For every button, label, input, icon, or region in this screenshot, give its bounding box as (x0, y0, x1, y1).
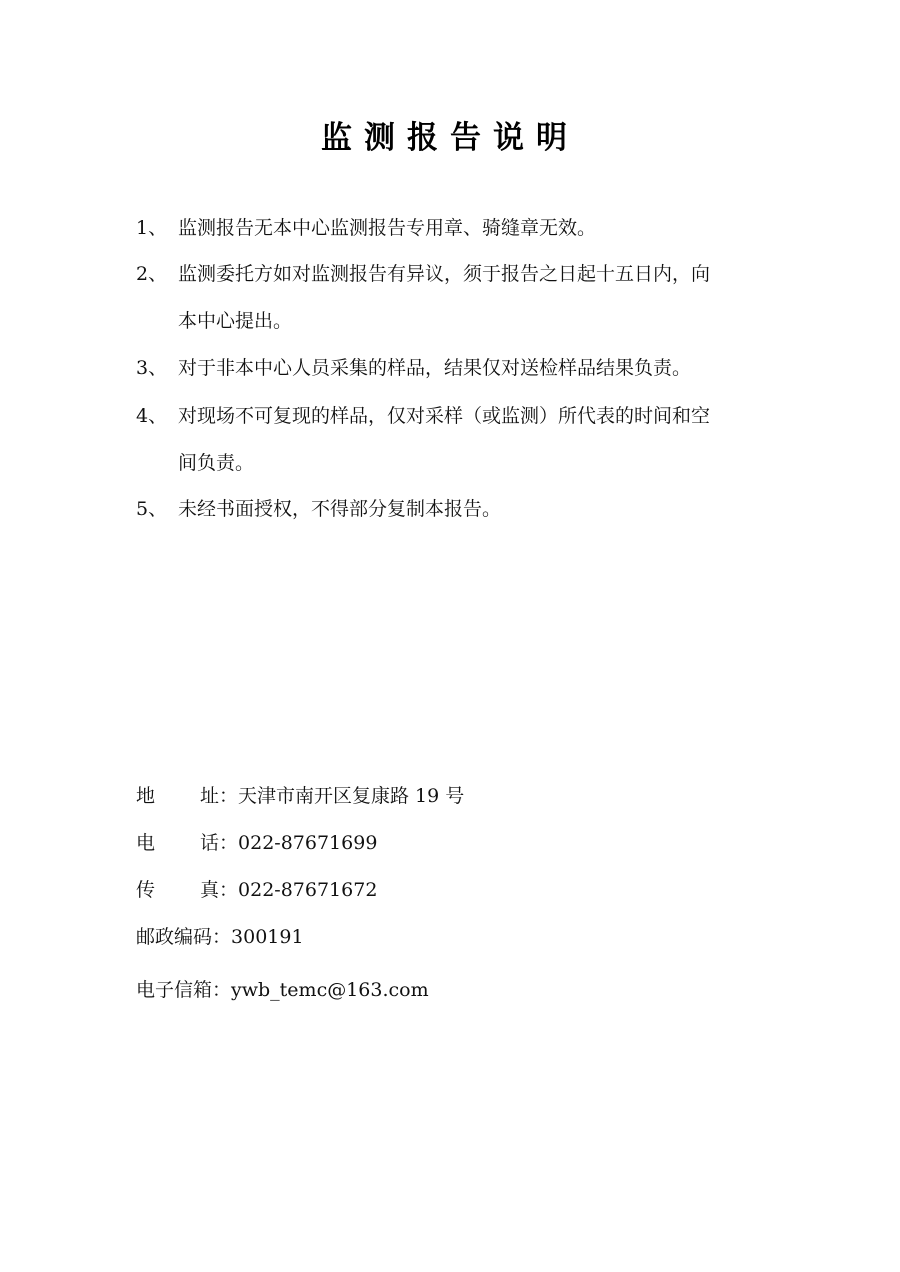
item-text: 监测报告无本中心监测报告专用章、骑缝章无效。 (178, 205, 778, 252)
fax-label-a: 传 (136, 875, 200, 902)
list-item-4-continued: 间负责。 (178, 440, 254, 487)
phone-label-a: 电 (136, 828, 200, 855)
fax-label-b: 真： (200, 875, 238, 902)
phone-label-b: 话： (200, 828, 238, 855)
contact-email: 电子信箱：ywb_temc@163.com (136, 975, 429, 1002)
item-number: 2、 (136, 251, 178, 298)
item-text: 对于非本中心人员采集的样品，结果仅对送检样品结果负责。 (178, 345, 778, 392)
item-number: 4、 (136, 393, 178, 440)
item-text: 对现场不可复现的样品，仅对采样（或监测）所代表的时间和空 (178, 393, 778, 440)
item-number: 3、 (136, 345, 178, 392)
address-value: 天津市南开区复康路 19 号 (238, 785, 464, 807)
email-value: ywb_temc@163.com (231, 979, 429, 1001)
address-label-a: 地 (136, 781, 200, 808)
postcode-label: 邮政编码： (136, 926, 231, 948)
contact-address: 地址：天津市南开区复康路 19 号 (136, 781, 464, 808)
contact-fax: 传真：022-87671672 (136, 875, 377, 902)
contact-postcode: 邮政编码：300191 (136, 922, 304, 949)
item-number: 1、 (136, 205, 178, 252)
email-label: 电子信箱： (136, 979, 231, 1001)
fax-value: 022-87671672 (238, 879, 377, 901)
item-text: 未经书面授权，不得部分复制本报告。 (178, 486, 778, 533)
contact-phone: 电话：022-87671699 (136, 828, 377, 855)
page-title: 监测报告说明 (0, 112, 900, 157)
list-item-2-continued: 本中心提出。 (178, 298, 292, 345)
phone-value: 022-87671699 (238, 832, 377, 854)
item-number: 5、 (136, 486, 178, 533)
postcode-value: 300191 (231, 926, 304, 948)
item-text: 监测委托方如对监测报告有异议，须于报告之日起十五日内，向 (178, 251, 778, 298)
address-label-b: 址： (200, 781, 238, 808)
